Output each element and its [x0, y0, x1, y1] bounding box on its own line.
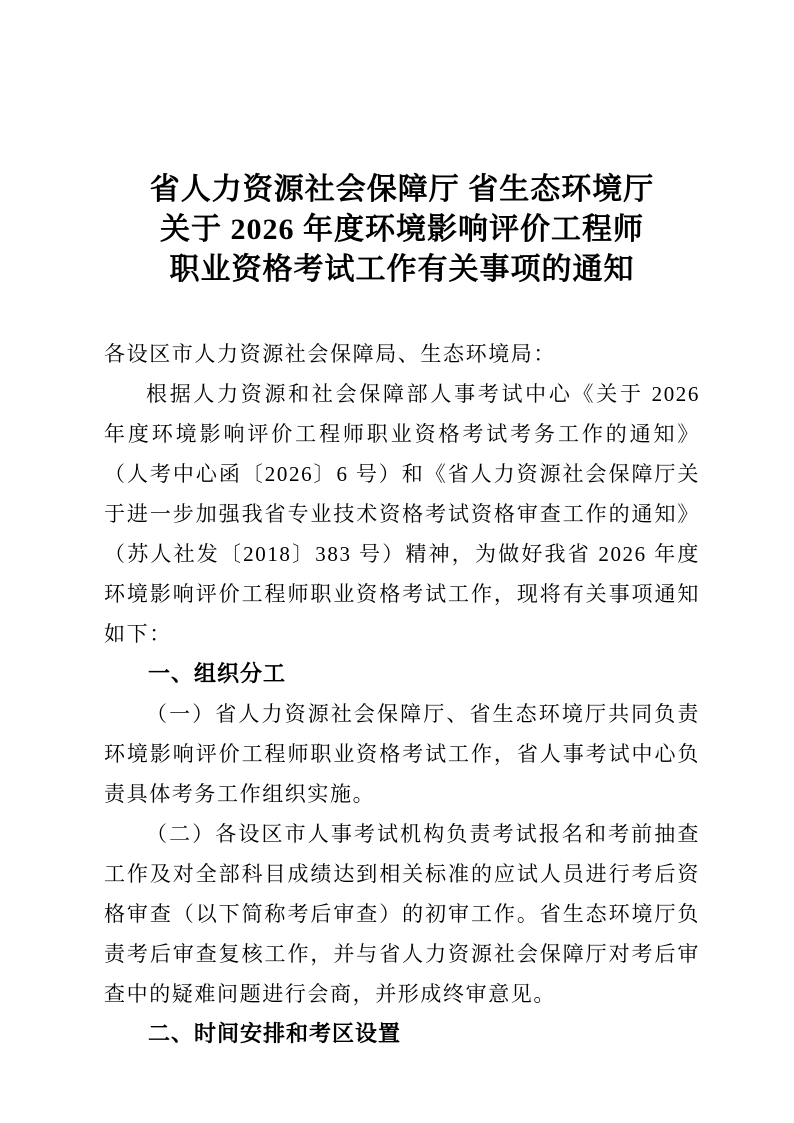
section-2-heading: 二、时间安排和考区设置 — [104, 1014, 700, 1054]
section-1-paragraph-1: （一）省人力资源社会保障厅、省生态环境厅共同负责环境影响评价工程师职业资格考试工… — [104, 694, 700, 814]
title-line-1: 省人力资源社会保障厅 省生态环境厅 — [104, 170, 700, 210]
title-line-2: 关于 2026 年度环境影响评价工程师 — [104, 210, 700, 250]
title-line-3: 职业资格考试工作有关事项的通知 — [104, 250, 700, 290]
intro-paragraph: 根据人力资源和社会保障部人事考试中心《关于 2026 年度环境影响评价工程师职业… — [104, 374, 700, 654]
salutation: 各设区市人力资源社会保障局、生态环境局： — [104, 334, 700, 374]
section-1-heading: 一、组织分工 — [104, 654, 700, 694]
document-title: 省人力资源社会保障厅 省生态环境厅 关于 2026 年度环境影响评价工程师 职业… — [104, 170, 700, 290]
document-page: 省人力资源社会保障厅 省生态环境厅 关于 2026 年度环境影响评价工程师 职业… — [0, 0, 794, 1123]
section-1-paragraph-2: （二）各设区市人事考试机构负责考试报名和考前抽查工作及对全部科目成绩达到相关标准… — [104, 814, 700, 1014]
